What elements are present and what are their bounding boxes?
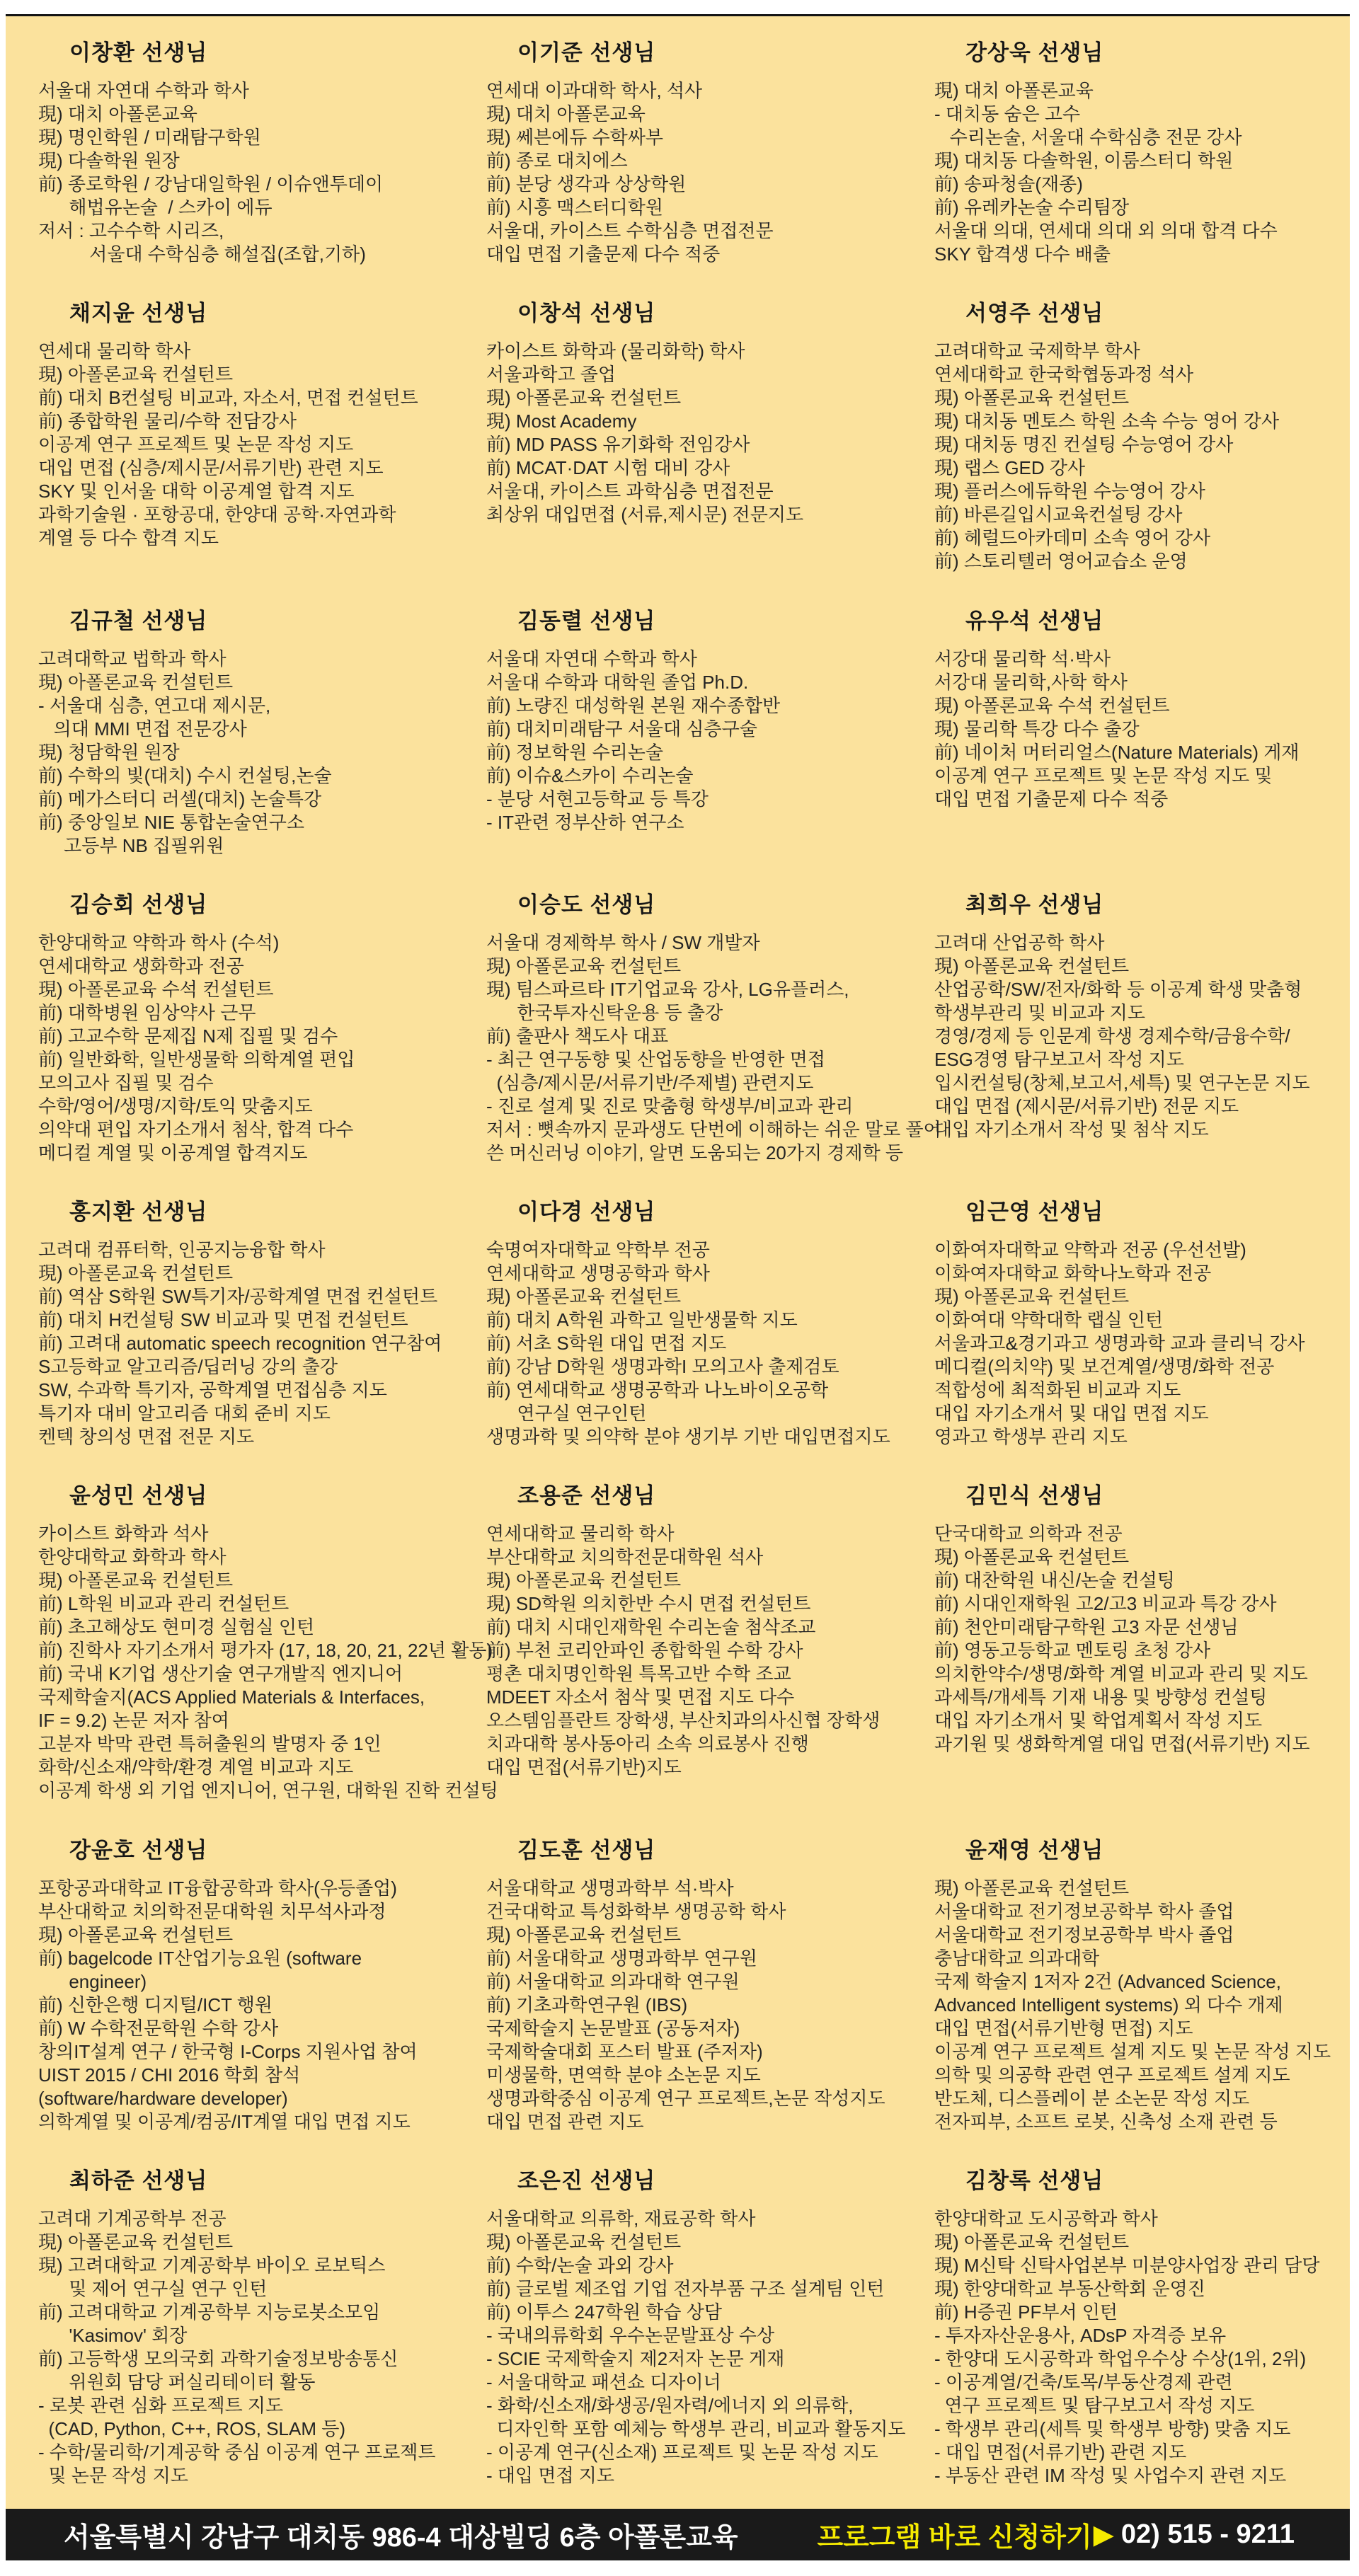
profile-line: 現) 대치동 다솔학원, 이룸스터디 학원	[934, 149, 1350, 173]
profile-line: 現) 아폴론교육 컨설턴트	[38, 363, 454, 386]
profile-line: 입시컨설팅(창체,보고서,세특) 및 연구논문 지도	[934, 1071, 1350, 1095]
profile-name: 최하준 선생님	[69, 2163, 454, 2195]
profile-line: 現) 아폴론교육 컨설턴트	[38, 2231, 454, 2254]
profile-line: 前) 시흥 맥스터디학원	[486, 196, 902, 219]
profile-line: Advanced Intelligent systems) 외 다수 개제	[934, 1994, 1350, 2017]
profile-line: 前) 대치 B컨설팅 비교과, 자소서, 면접 컨설턴트	[38, 386, 454, 410]
profile-line: 現) 아폴론교육 컨설턴트	[486, 2231, 902, 2254]
profile-line: 前) 정보학원 수리논술	[486, 741, 902, 764]
profile-line: - 이공계 연구(신소재) 프로젝트 및 논문 작성 지도	[486, 2441, 902, 2464]
profile-line: 前) 서울대학교 의과대학 연구원	[486, 1970, 902, 1994]
profile-line: 前) 수학/논술 과외 강사	[486, 2254, 902, 2277]
profile-line: 의대 MMI 면접 전문강사	[38, 718, 454, 741]
profile-line: 前) 역삼 S학원 SW특기자/공학계열 면접 컨설턴트	[38, 1285, 454, 1309]
profile-card: 강윤호 선생님 포항공과대학교 IT융합공학과 학사(우등졸업)부산대학교 치의…	[6, 1832, 454, 2134]
profile-line: - 학생부 관리(세특 및 학생부 방향) 맞춤 지도	[934, 2417, 1350, 2441]
profile-line: - 국내의류학회 우수논문발표상 수상	[486, 2324, 902, 2347]
profile-line: 現) 대치동 명진 컨설팅 수능영어 강사	[934, 433, 1350, 456]
profile-line: - 서울대 심층, 연고대 제시문,	[38, 694, 454, 718]
profile-lines: 서울대 경제학부 학사 / SW 개발자現) 아폴론교육 컨설턴트現) 팀스파르…	[486, 931, 902, 1165]
profile-line: - 분당 서현고등학교 등 특강	[486, 788, 902, 811]
profile-name: 윤성민 선생님	[69, 1478, 454, 1510]
profile-card: 김승회 선생님 한양대학교 약학과 학사 (수석)연세대학교 생화학과 전공現)…	[6, 887, 454, 1165]
profile-line: 現) 아폴론교육 수석 컨설턴트	[934, 694, 1350, 718]
profile-line: 現) 팀스파르타 IT기업교육 강사, LG유플러스,	[486, 978, 902, 1001]
profile-line: 前) 분당 생각과 상상학원	[486, 173, 902, 196]
profile-line: 국제학술지 논문발표 (공동저자)	[486, 2017, 902, 2040]
profile-lines: 연세대 물리학 학사現) 아폴론교육 컨설턴트前) 대치 B컨설팅 비교과, 자…	[38, 340, 454, 550]
profile-line: 前) MCAT·DAT 시험 대비 강사	[486, 456, 902, 480]
profile-card: 강상욱 선생님 現) 대치 아폴론교육- 대치동 숨은 고수 수리논술, 서울대…	[902, 35, 1350, 266]
profile-line: ESG경영 탐구보고서 작성 지도	[934, 1048, 1350, 1071]
profile-line: MDEET 자소서 첨삭 및 면접 지도 다수	[486, 1686, 902, 1709]
profile-line: 現) 아폴론교육 컨설턴트	[38, 1924, 454, 1947]
profile-line: 現) SD학원 의치한반 수시 면접 컨설턴트	[486, 1592, 902, 1616]
profile-line: - 로봇 관련 심화 프로젝트 지도	[38, 2394, 454, 2417]
profile-line: 연구 프로젝트 및 탐구보고서 작성 지도	[934, 2394, 1350, 2417]
profile-line: 이화여자대학교 화학나노학과 전공	[934, 1262, 1350, 1285]
profile-line: 고려대학교 법학과 학사	[38, 648, 454, 671]
phone-number: 02) 515 - 9211	[1121, 2519, 1295, 2550]
profile-line: 前) 유레카논술 수리팀장	[934, 196, 1350, 219]
profile-line: 수리논술, 서울대 수학심층 전문 강사	[934, 126, 1350, 149]
flyer-page: { "page": { "panel_bg": "#FBE29D", "top_…	[0, 0, 1359, 2576]
profile-name: 김승회 선생님	[69, 887, 454, 919]
profile-lines: 고려대 산업공학 학사現) 아폴론교육 컨설턴트산업공학/SW/전자/화학 등 …	[934, 931, 1350, 1142]
profile-card: 김창록 선생님 한양대학교 도시공학과 학사現) 아폴론교육 컨설턴트現) M신…	[902, 2163, 1350, 2488]
profile-line: 前) 메가스터디 러셀(대치) 논술특강	[38, 788, 454, 811]
profile-line: 대입 면접 (제시문/서류기반) 전문 지도	[934, 1095, 1350, 1118]
profile-line: 前) 대학병원 임상약사 근무	[38, 1001, 454, 1025]
profile-lines: 고려대 기계공학부 전공現) 아폴론교육 컨설턴트現) 고려대학교 기계공학부 …	[38, 2207, 454, 2488]
profile-card: 이창석 선생님 카이스트 화학과 (물리화학) 학사서울과학고 졸업現) 아폴론…	[454, 295, 902, 573]
profile-line: 서강대 물리학 석·박사	[934, 648, 1350, 671]
profile-line: 최상위 대입면접 (서류,제시문) 전문지도	[486, 503, 902, 527]
profile-line: 의치한약수/생명/화학 계열 비교과 관리 및 지도	[934, 1662, 1350, 1686]
profile-line: 경영/경제 등 인문계 학생 경제수학/금융수학/	[934, 1025, 1350, 1048]
profile-line: 서울대학교 생명과학부 석·박사	[486, 1877, 902, 1900]
profile-line: 한양대학교 화학과 학사	[38, 1546, 454, 1569]
profile-line: 고려대 기계공학부 전공	[38, 2207, 454, 2231]
profile-name: 조용준 선생님	[517, 1478, 902, 1510]
profile-line: 및 논문 작성 지도	[38, 2464, 454, 2488]
profile-line: 카이스트 화학과 (물리화학) 학사	[486, 340, 902, 363]
profile-line: 과세특/개세특 기재 내용 및 방향성 컨설팅	[934, 1686, 1350, 1709]
profile-line: 前) 대찬학원 내신/논술 컨설팅	[934, 1569, 1350, 1592]
profile-line: IF = 9.2) 논문 저자 참여	[38, 1709, 454, 1732]
profile-line: 메디컬(의치약) 및 보건계열/생명/화학 전공	[934, 1355, 1350, 1379]
profile-lines: 한양대학교 약학과 학사 (수석)연세대학교 생화학과 전공現) 아폴론교육 수…	[38, 931, 454, 1165]
profile-name: 이기준 선생님	[517, 35, 902, 67]
profile-line: 고분자 박막 관련 특허출원의 발명자 중 1인	[38, 1732, 454, 1756]
profile-line: 現) 아폴론교육 컨설턴트	[486, 1924, 902, 1947]
profile-line: (software/hardware developer)	[38, 2087, 454, 2110]
profile-line: 前) 대치 시대인재학원 수리논술 첨삭조교	[486, 1616, 902, 1639]
profile-line: 現) 고려대학교 기계공학부 바이오 로보틱스	[38, 2254, 454, 2277]
profile-line: 前) 신한은행 디지털/ICT 행원	[38, 1994, 454, 2017]
profile-line: 前) 스토리텔러 영어교습소 운영	[934, 550, 1350, 573]
profile-line: 한양대학교 도시공학과 학사	[934, 2207, 1350, 2231]
profile-line: 前) 노량진 대성학원 본원 재수종합반	[486, 694, 902, 718]
profile-line: 前) 연세대학교 생명공학과 나노바이오공학	[486, 1379, 902, 1402]
profile-line: 前) L학원 비교과 관리 컨설턴트	[38, 1592, 454, 1616]
profile-line: 연세대 물리학 학사	[38, 340, 454, 363]
profile-line: 現) 아폴론교육 컨설턴트	[486, 1285, 902, 1309]
profile-lines: 포항공과대학교 IT융합공학과 학사(우등졸업)부산대학교 치의학전문대학원 치…	[38, 1877, 454, 2134]
profile-line: 前) 바른길입시교육컨설팅 강사	[934, 503, 1350, 527]
profile-name: 윤재영 선생님	[965, 1832, 1350, 1864]
profile-line: 서울대 의대, 연세대 의대 외 의대 합격 다수	[934, 219, 1350, 243]
profile-line: 前) 출판사 책도사 대표	[486, 1025, 902, 1048]
profile-line: 특기자 대비 알고리즘 대회 준비 지도	[38, 1402, 454, 1425]
profile-line: 서울대 자연대 수학과 학사	[486, 648, 902, 671]
profile-line: 서울대 경제학부 학사 / SW 개발자	[486, 931, 902, 955]
profile-line: 前) 헤럴드아카데미 소속 영어 강사	[934, 527, 1350, 550]
profile-lines: 서울대학교 생명과학부 석·박사건국대학교 특성화학부 생명공학 학사現) 아폴…	[486, 1877, 902, 2134]
profile-card: 홍지환 선생님 고려대 컴퓨터학, 인공지능융합 학사現) 아폴론교육 컨설턴트…	[6, 1194, 454, 1449]
profile-line: - 이공계열/건축/토목/부동산경제 관련	[934, 2371, 1350, 2394]
profile-line: 現) 물리학 특강 다수 출강	[934, 718, 1350, 741]
profile-lines: 서울대 자연대 수학과 학사서울대 수학과 대학원 졸업 Ph.D.前) 노량진…	[486, 648, 902, 834]
profile-line: 연세대학교 생명공학과 학사	[486, 1262, 902, 1285]
profile-line: 저서 : 뼛속까지 문과생도 단번에 이해하는 쉬운 말로 풀어	[486, 1118, 902, 1142]
profile-line: 現) 아폴론교육 컨설턴트	[934, 1877, 1350, 1900]
profile-line: (CAD, Python, C++, ROS, SLAM 등)	[38, 2417, 454, 2441]
profile-line: 前) 중앙일보 NIE 통합논술연구소	[38, 811, 454, 834]
profile-line: 연세대 이과대학 학사, 석사	[486, 79, 902, 103]
profile-name: 강윤호 선생님	[69, 1832, 454, 1864]
profile-line: 現) 쎄븐에듀 수학싸부	[486, 126, 902, 149]
profile-name: 최희우 선생님	[965, 887, 1350, 919]
profile-line: 'Kasimov' 회장	[38, 2324, 454, 2347]
profile-card: 이기준 선생님 연세대 이과대학 학사, 석사現) 대치 아폴론교육現) 쎄븐에…	[454, 35, 902, 266]
profile-line: - 부동산 관련 IM 작성 및 사업수지 관련 지도	[934, 2464, 1350, 2488]
profile-lines: 現) 아폴론교육 컨설턴트서울대학교 전기정보공학부 학사 졸업서울대학교 전기…	[934, 1877, 1350, 2134]
profile-line: 의약대 편입 자기소개서 첨삭, 합격 다수	[38, 1118, 454, 1142]
profile-name: 이다경 선생님	[517, 1194, 902, 1226]
profile-line: 모의고사 집필 및 검수	[38, 1071, 454, 1095]
profile-lines: 고려대학교 국제학부 학사연세대학교 한국학협동과정 석사現) 아폴론교육 컨설…	[934, 340, 1350, 573]
profile-line: 대입 면접(서류기반)지도	[486, 1756, 902, 1779]
profile-line: 前) 영동고등학교 멘토링 초청 강사	[934, 1639, 1350, 1662]
profile-line: SW, 수과학 특기자, 공학계열 면접심층 지도	[38, 1379, 454, 1402]
profile-lines: 고려대 컴퓨터학, 인공지능융합 학사現) 아폴론교육 컨설턴트前) 역삼 S학…	[38, 1238, 454, 1449]
profile-line: 국제학술지(ACS Applied Materials & Interfaces…	[38, 1686, 454, 1709]
profile-line: UIST 2015 / CHI 2016 학회 참석	[38, 2064, 454, 2087]
profile-line: 前) 이투스 247학원 학습 상담	[486, 2301, 902, 2324]
profile-line: 카이스트 화학과 석사	[38, 1522, 454, 1546]
profile-line: 前) 진학사 자기소개서 평가자 (17, 18, 20, 21, 22년 활동…	[38, 1639, 454, 1662]
profile-line: 이공계 연구 프로젝트 및 논문 작성 지도 및	[934, 764, 1350, 788]
profile-line: 現) 랩스 GED 강사	[934, 456, 1350, 480]
profile-line: 메디컬 계열 및 이공계열 합격지도	[38, 1142, 454, 1165]
profile-line: 부산대학교 치의학전문대학원 치무석사과정	[38, 1900, 454, 1924]
profile-line: 미생물학, 면역학 분야 소논문 지도	[486, 2064, 902, 2087]
profile-line: 연세대학교 한국학협동과정 석사	[934, 363, 1350, 386]
profile-line: 現) 아폴론교육 컨설턴트	[934, 1546, 1350, 1569]
footer-bar: 서울특별시 강남구 대치동 986-4 대상빌딩 6층 아폴론교육 프로그램 바…	[6, 2509, 1350, 2560]
profile-lines: 숙명여자대학교 약학부 전공연세대학교 생명공학과 학사現) 아폴론교육 컨설턴…	[486, 1238, 902, 1449]
profile-line: 치과대학 봉사동아리 소속 의료봉사 진행	[486, 1732, 902, 1756]
profile-line: - 대입 면접 지도	[486, 2464, 902, 2488]
profile-line: 前) 초고해상도 현미경 실험실 인턴	[38, 1616, 454, 1639]
profile-line: 現) 명인학원 / 미래탐구학원	[38, 126, 454, 149]
profile-line: 現) 아폴론교육 컨설턴트	[38, 671, 454, 694]
profile-line: 대입 면접 기출문제 다수 적중	[486, 243, 902, 266]
profile-name: 강상욱 선생님	[965, 35, 1350, 67]
profile-line: 서강대 물리학,사학 학사	[934, 671, 1350, 694]
profile-line: 대입 자기소개서 및 대입 면접 지도	[934, 1402, 1350, 1425]
profile-line: 現) 아폴론교육 컨설턴트	[486, 386, 902, 410]
profile-line: 고려대 컴퓨터학, 인공지능융합 학사	[38, 1238, 454, 1262]
profile-line: 연세대학교 생화학과 전공	[38, 955, 454, 978]
profile-line: 서울과고&경기과고 생명과학 교과 클리닉 강사	[934, 1332, 1350, 1355]
profile-line: 前) 고등학생 모의국회 과학기술정보방송통신	[38, 2347, 454, 2371]
profile-name: 이승도 선생님	[517, 887, 902, 919]
profile-line: 한국투자신탁운용 등 출강	[486, 1001, 902, 1025]
profile-line: 前) 이슈&스카이 수리논술	[486, 764, 902, 788]
profile-card: 최희우 선생님 고려대 산업공학 학사現) 아폴론교육 컨설턴트산업공학/SW/…	[902, 887, 1350, 1165]
profile-line: 대입 자기소개서 작성 및 첨삭 지도	[934, 1118, 1350, 1142]
profile-line: 現) 대치 아폴론교육	[38, 103, 454, 126]
profile-line: 前) 서울대학교 생명과학부 연구원	[486, 1947, 902, 1970]
profile-line: 생명과학 및 의약학 분야 생기부 기반 대입면접지도	[486, 1425, 902, 1449]
profile-line: 연세대학교 물리학 학사	[486, 1522, 902, 1546]
profile-lines: 카이스트 화학과 (물리화학) 학사서울과학고 졸업現) 아폴론교육 컨설턴트現…	[486, 340, 902, 527]
apply-cta-button[interactable]: 프로그램 바로 신청하기	[817, 2515, 1091, 2554]
profile-line: 前) 국내 K기업 생산기술 연구개발직 엔지니어	[38, 1662, 454, 1686]
profile-line: 前) 종합학원 물리/수학 전담강사	[38, 410, 454, 433]
profile-line: 現) 대치 아폴론교육	[934, 79, 1350, 103]
profile-line: 現) 아폴론교육 수석 컨설턴트	[38, 978, 454, 1001]
profile-name: 서영주 선생님	[965, 295, 1350, 327]
profile-name: 유우석 선생님	[965, 603, 1350, 635]
profile-line: 現) 아폴론교육 컨설턴트	[934, 955, 1350, 978]
profile-name: 김동렬 선생님	[517, 603, 902, 635]
profile-lines: 서강대 물리학 석·박사서강대 물리학,사학 학사現) 아폴론교육 수석 컨설턴…	[934, 648, 1350, 811]
profile-line: 前) 고려대학교 기계공학부 지능로봇소모임	[38, 2301, 454, 2324]
profile-line: - 최근 연구동향 및 산업동향을 반영한 면접	[486, 1048, 902, 1071]
profile-line: 반도체, 디스플레이 분 소논문 작성 지도	[934, 2087, 1350, 2110]
profile-lines: 이화여자대학교 약학과 전공 (우선선발)이화여자대학교 화학나노학과 전공現)…	[934, 1238, 1350, 1449]
profile-line: 서울과학고 졸업	[486, 363, 902, 386]
profile-line: 이공계 연구 프로젝트 설계 지도 및 논문 작성 지도	[934, 2040, 1350, 2064]
profile-line: - 한양대 도시공학과 학업우수상 수상(1위, 2위)	[934, 2347, 1350, 2371]
profile-line: 現) 대치 아폴론교육	[486, 103, 902, 126]
profile-line: 대입 면접 기출문제 다수 적중	[934, 788, 1350, 811]
profile-name: 김민식 선생님	[965, 1478, 1350, 1510]
profile-line: 前) 부천 코리안파인 종합학원 수학 강사	[486, 1639, 902, 1662]
profile-card: 김민식 선생님 단국대학교 의학과 전공現) 아폴론교육 컨설턴트前) 대찬학원…	[902, 1478, 1350, 1802]
profile-line: 이화여자대학교 약학과 전공 (우선선발)	[934, 1238, 1350, 1262]
profile-line: 화학/신소재/약학/환경 계열 비교과 지도	[38, 1756, 454, 1779]
profile-line: 現) 아폴론교육 컨설턴트	[934, 2231, 1350, 2254]
profile-line: 수학/영어/생명/지학/토익 맞춤지도	[38, 1095, 454, 1118]
profile-line: (심층/제시문/서류기반/주제별) 관련지도	[486, 1071, 902, 1095]
profile-name: 홍지환 선생님	[69, 1194, 454, 1226]
profile-line: 前) 기초과학연구원 (IBS)	[486, 1994, 902, 2017]
profile-line: 現) 대치동 멘토스 학원 소속 수능 영어 강사	[934, 410, 1350, 433]
profile-lines: 서울대학교 의류학, 재료공학 학사現) 아폴론교육 컨설턴트前) 수학/논술 …	[486, 2207, 902, 2488]
profile-card: 김동렬 선생님 서울대 자연대 수학과 학사서울대 수학과 대학원 졸업 Ph.…	[454, 603, 902, 858]
profile-line: 계열 등 다수 합격 지도	[38, 527, 454, 550]
profile-line: 오스템임플란트 장학생, 부산치과의사신협 장학생	[486, 1709, 902, 1732]
profile-line: 前) W 수학전문학원 수학 강사	[38, 2017, 454, 2040]
profile-lines: 고려대학교 법학과 학사現) 아폴론교육 컨설턴트- 서울대 심층, 연고대 제…	[38, 648, 454, 858]
profile-line: 창의IT설계 연구 / 한국형 I-Corps 지원사업 참여	[38, 2040, 454, 2064]
profile-line: 이공계 연구 프로젝트 및 논문 작성 지도	[38, 433, 454, 456]
profile-line: 서울대, 카이스트 과학심층 면접전문	[486, 480, 902, 503]
profile-card: 이다경 선생님 숙명여자대학교 약학부 전공연세대학교 생명공학과 학사現) 아…	[454, 1194, 902, 1449]
profile-card: 채지윤 선생님 연세대 물리학 학사現) 아폴론교육 컨설턴트前) 대치 B컨설…	[6, 295, 454, 573]
profile-card: 윤성민 선생님 카이스트 화학과 석사한양대학교 화학과 학사現) 아폴론교육 …	[6, 1478, 454, 1802]
profile-line: 단국대학교 의학과 전공	[934, 1522, 1350, 1546]
profile-line: 이화여대 약학대학 랩실 인턴	[934, 1309, 1350, 1332]
profile-lines: 現) 대치 아폴론교육- 대치동 숨은 고수 수리논술, 서울대 수학심층 전문…	[934, 79, 1350, 266]
profile-line: 과학기술원 · 포항공대, 한양대 공학·자연과학	[38, 503, 454, 527]
profile-line: 서울대 수학과 대학원 졸업 Ph.D.	[486, 671, 902, 694]
profile-lines: 카이스트 화학과 석사한양대학교 화학과 학사現) 아폴론교육 컨설턴트前) L…	[38, 1522, 454, 1802]
profile-line: 前) 일반화학, 일반생물학 의학계열 편입	[38, 1048, 454, 1071]
profile-line: 前) 글로벌 제조업 기업 전자부품 구조 설계팀 인턴	[486, 2277, 902, 2301]
profile-line: 前) 네이처 머터리얼스(Nature Materials) 게재	[934, 741, 1350, 764]
profile-line: 고려대 산업공학 학사	[934, 931, 1350, 955]
profile-line: 연구실 연구인턴	[486, 1402, 902, 1425]
profile-line: 現) 아폴론교육 컨설턴트	[486, 955, 902, 978]
profile-name: 이창환 선생님	[69, 35, 454, 67]
profile-line: 대입 면접(서류기반형 면접) 지도	[934, 2017, 1350, 2040]
profile-line: 부산대학교 치의학전문대학원 석사	[486, 1546, 902, 1569]
profile-line: SKY 및 인서울 대학 이공계열 합격 지도	[38, 480, 454, 503]
profile-line: 충남대학교 의과대학	[934, 1947, 1350, 1970]
profile-name: 조은진 선생님	[517, 2163, 902, 2195]
profile-line: 前) 수학의 빛(대치) 수시 컨설팅,논술	[38, 764, 454, 788]
profile-card: 이승도 선생님 서울대 경제학부 학사 / SW 개발자現) 아폴론교육 컨설턴…	[454, 887, 902, 1165]
profile-line: S고등학교 알고리즘/딥러닝 강의 출강	[38, 1355, 454, 1379]
profile-line: 의학 및 의공학 관련 연구 프로젝트 설계 지도	[934, 2064, 1350, 2087]
profile-line: 대입 면접 관련 지도	[486, 2110, 902, 2134]
profile-name: 김규철 선생님	[69, 603, 454, 635]
profile-name: 이창석 선생님	[517, 295, 902, 327]
profile-line: 前) 천안미래탐구학원 고3 자문 선생님	[934, 1616, 1350, 1639]
profile-line: 영과고 학생부 관리 지도	[934, 1425, 1350, 1449]
profile-line: 학생부관리 및 비교과 지도	[934, 1001, 1350, 1025]
profile-line: 前) 서초 S학원 대입 면접 지도	[486, 1332, 902, 1355]
profiles-grid: 이창환 선생님 서울대 자연대 수학과 학사現) 대치 아폴론교육現) 명인학원…	[6, 16, 1350, 2509]
profile-line: 평촌 대치명인학원 특목고반 수학 조교	[486, 1662, 902, 1686]
profile-line: 및 제어 연구실 연구 인턴	[38, 2277, 454, 2301]
profile-line: 생명과학중심 이공계 연구 프로젝트,논문 작성지도	[486, 2087, 902, 2110]
flyer-panel: 이창환 선생님 서울대 자연대 수학과 학사現) 대치 아폴론교육現) 명인학원…	[6, 14, 1350, 2560]
profile-line: 前) 강남 D학원 생명과학I 모의고사 출제검토	[486, 1355, 902, 1379]
profile-line: 건국대학교 특성화학부 생명공학 학사	[486, 1900, 902, 1924]
profile-line: - 수학/물리학/기계공학 중심 이공계 연구 프로젝트	[38, 2441, 454, 2464]
profile-card: 이창환 선생님 서울대 자연대 수학과 학사現) 대치 아폴론교육現) 명인학원…	[6, 35, 454, 266]
profile-line: - 대치동 숨은 고수	[934, 103, 1350, 126]
profile-line: 現) 아폴론교육 컨설턴트	[38, 1569, 454, 1592]
profile-line: 現) 다솔학원 원장	[38, 149, 454, 173]
profile-line: 의학계열 및 이공계/컴공/IT계열 대입 면접 지도	[38, 2110, 454, 2134]
profile-line: 해법유논술 / 스카이 에듀	[38, 196, 454, 219]
profile-line: 前) 대치 A학원 과학고 일반생물학 지도	[486, 1309, 902, 1332]
profile-line: 前) 종로 대치에스	[486, 149, 902, 173]
profile-line: 산업공학/SW/전자/화학 등 이공계 학생 맞춤형	[934, 978, 1350, 1001]
profile-card: 김도훈 선생님 서울대학교 생명과학부 석·박사건국대학교 특성화학부 생명공학…	[454, 1832, 902, 2134]
profile-line: 前) 대치미래탐구 서울대 심층구술	[486, 718, 902, 741]
profile-line: 現) 아폴론교육 컨설턴트	[934, 386, 1350, 410]
profile-line: 前) 고려대 automatic speech recognition 연구참여	[38, 1332, 454, 1355]
profile-line: 고등부 NB 집필위원	[38, 834, 454, 858]
profile-line: 서울대학교 전기정보공학부 학사 졸업	[934, 1900, 1350, 1924]
profile-line: 대입 면접 (심층/제시문/서류기반) 관련 지도	[38, 456, 454, 480]
profile-line: 대입 자기소개서 및 학업계획서 작성 지도	[934, 1709, 1350, 1732]
profile-line: - IT관련 정부산하 연구소	[486, 811, 902, 834]
footer-contact: 프로그램 바로 신청하기 ▶ 02) 515 - 9211	[817, 2515, 1295, 2554]
profile-line: 前) 종로학원 / 강남대일학원 / 이슈앤투데이	[38, 173, 454, 196]
profile-name: 김창록 선생님	[965, 2163, 1350, 2195]
profile-line: 국제 학술지 1저자 2건 (Advanced Science,	[934, 1970, 1350, 1994]
profile-line: 前) MD PASS 유기화학 전임강사	[486, 433, 902, 456]
profile-line: 現) 청담학원 원장	[38, 741, 454, 764]
profile-line: 現) Most Academy	[486, 410, 902, 433]
profile-lines: 연세대학교 물리학 학사부산대학교 치의학전문대학원 석사現) 아폴론교육 컨설…	[486, 1522, 902, 1779]
profile-line: - SCIE 국제학술지 제2저자 논문 게재	[486, 2347, 902, 2371]
profile-card: 조은진 선생님 서울대학교 의류학, 재료공학 학사現) 아폴론교육 컨설턴트前…	[454, 2163, 902, 2488]
profile-line: 적합성에 최적화된 비교과 지도	[934, 1379, 1350, 1402]
profile-line: 現) 아폴론교육 컨설턴트	[486, 1569, 902, 1592]
profile-line: 서울대, 카이스트 수학심층 면접전문	[486, 219, 902, 243]
profile-line: 前) 고교수학 문제집 N제 집필 및 검수	[38, 1025, 454, 1048]
profile-line: 現) 플러스에듀학원 수능영어 강사	[934, 480, 1350, 503]
profile-line: - 대입 면접(서류기반) 관련 지도	[934, 2441, 1350, 2464]
profile-line: 서울대학교 의류학, 재료공학 학사	[486, 2207, 902, 2231]
profile-line: 저서 : 고수수학 시리즈,	[38, 219, 454, 243]
profile-line: 한양대학교 약학과 학사 (수석)	[38, 931, 454, 955]
profile-line: 現) M신탁 신탁사업본부 미분양사업장 관리 담당	[934, 2254, 1350, 2277]
profile-line: 전자피부, 소프트 로봇, 신축성 소재 관련 등	[934, 2110, 1350, 2134]
profile-lines: 연세대 이과대학 학사, 석사現) 대치 아폴론교육現) 쎄븐에듀 수학싸부前)…	[486, 79, 902, 266]
footer-address: 서울특별시 강남구 대치동 986-4 대상빌딩 6층 아폴론교육	[64, 2515, 738, 2554]
profile-lines: 서울대 자연대 수학과 학사現) 대치 아폴론교육現) 명인학원 / 미래탐구학…	[38, 79, 454, 266]
profile-card: 조용준 선생님 연세대학교 물리학 학사부산대학교 치의학전문대학원 석사現) …	[454, 1478, 902, 1802]
profile-line: 前) 송파청솔(재종)	[934, 173, 1350, 196]
profile-line: - 화학/신소재/화생공/원자력/에너지 외 의류학,	[486, 2394, 902, 2417]
profile-line: 서울대학교 전기정보공학부 박사 졸업	[934, 1924, 1350, 1947]
profile-line: 서울대 자연대 수학과 학사	[38, 79, 454, 103]
profile-line: 고려대학교 국제학부 학사	[934, 340, 1350, 363]
profile-line: 前) 시대인재학원 고2/고3 비교과 특강 강사	[934, 1592, 1350, 1616]
profile-line: 쓴 머신러닝 이야기, 알면 도움되는 20가지 경제학 등	[486, 1142, 902, 1165]
profile-line: 위원회 담당 퍼실리테이터 활동	[38, 2371, 454, 2394]
profile-name: 김도훈 선생님	[517, 1832, 902, 1864]
arrow-right-icon: ▶	[1094, 2519, 1114, 2551]
profile-line: 디자인학 포함 예체능 학생부 관리, 비교과 활동지도	[486, 2417, 902, 2441]
profile-line: - 서울대학교 패션쇼 디자이너	[486, 2371, 902, 2394]
profile-lines: 한양대학교 도시공학과 학사現) 아폴론교육 컨설턴트現) M신탁 신탁사업본부…	[934, 2207, 1350, 2488]
profile-line: 現) 아폴론교육 컨설턴트	[38, 1262, 454, 1285]
profile-line: 이공계 학생 외 기업 엔지니어, 연구원, 대학원 진학 컨설팅	[38, 1779, 454, 1802]
profile-line: 現) 아폴론교육 컨설턴트	[934, 1285, 1350, 1309]
profile-line: 現) 한양대학교 부동산학회 운영진	[934, 2277, 1350, 2301]
profile-line: 포항공과대학교 IT융합공학과 학사(우등졸업)	[38, 1877, 454, 1900]
profile-line: 과기원 및 생화학계열 대입 면접(서류기반) 지도	[934, 1732, 1350, 1756]
profile-card: 임근영 선생님 이화여자대학교 약학과 전공 (우선선발)이화여자대학교 화학나…	[902, 1194, 1350, 1449]
profile-line: 前) bagelcode IT산업기능요원 (software	[38, 1947, 454, 1970]
profile-name: 채지윤 선생님	[69, 295, 454, 327]
profile-line: 숙명여자대학교 약학부 전공	[486, 1238, 902, 1262]
profile-name: 임근영 선생님	[965, 1194, 1350, 1226]
profile-card: 김규철 선생님 고려대학교 법학과 학사現) 아폴론교육 컨설턴트- 서울대 심…	[6, 603, 454, 858]
